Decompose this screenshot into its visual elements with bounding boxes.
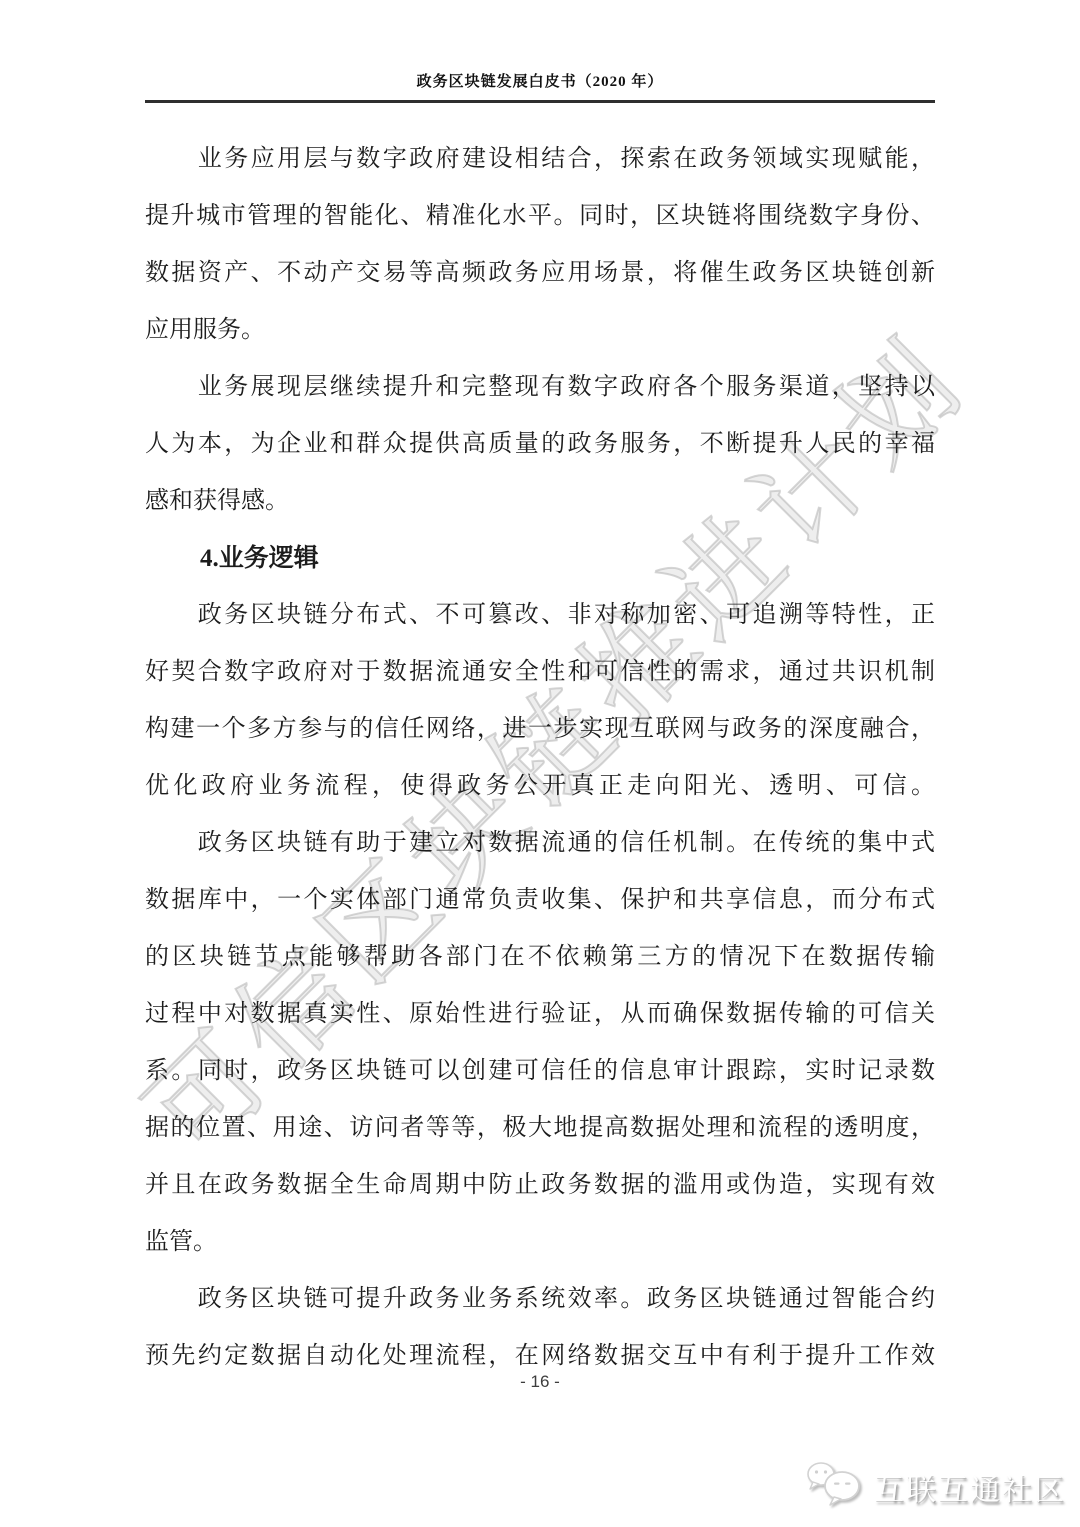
document-page: 可信区块链推进计划 政务区块链发展白皮书（2020 年） 业务应用层与数字政府建… [0, 0, 1080, 1527]
text-line: 数据资产、不动产交易等高频政务应用场景，将催生政务区块链创新 [145, 245, 935, 302]
section-heading: 4.业务逻辑 [145, 530, 935, 587]
text-line: 人为本，为企业和群众提供高质量的政务服务，不断提升人民的幸福 [145, 416, 935, 473]
document-title: 政务区块链发展白皮书（2020 年） [0, 70, 1080, 91]
text-line: 优化政府业务流程，使得政务公开真正走向阳光、透明、可信。 [145, 758, 935, 815]
text-line: 并且在政务数据全生命周期中防止政务数据的滥用或伪造，实现有效 [145, 1157, 935, 1214]
community-logo: 互联互通社区 [804, 1460, 1066, 1513]
text-line: 系。同时，政务区块链可以创建可信任的信息审计跟踪，实时记录数 [145, 1043, 935, 1100]
text-line: 监管。 [145, 1214, 935, 1271]
text-line: 构建一个多方参与的信任网络，进一步实现互联网与政务的深度融合， [145, 701, 935, 758]
wechat-icon [804, 1460, 866, 1513]
text-line: 政务区块链分布式、不可篡改、非对称加密、可追溯等特性，正 [145, 587, 935, 644]
text-line: 政务区块链有助于建立对数据流通的信任机制。在传统的集中式 [145, 815, 935, 872]
text-line: 业务应用层与数字政府建设相结合，探索在政务领域实现赋能， [145, 131, 935, 188]
text-line: 应用服务。 [145, 302, 935, 359]
text-line: 的区块链节点能够帮助各部门在不依赖第三方的情况下在数据传输 [145, 929, 935, 986]
text-line: 好契合数字政府对于数据流通安全性和可信性的需求，通过共识机制 [145, 644, 935, 701]
text-line: 4.业务逻辑 [145, 530, 935, 587]
text-line: 过程中对数据真实性、原始性进行验证，从而确保数据传输的可信关 [145, 986, 935, 1043]
community-logo-text: 互联互通社区 [874, 1465, 1066, 1509]
document-body: 业务应用层与数字政府建设相结合，探索在政务领域实现赋能，提升城市管理的智能化、精… [145, 131, 935, 1385]
text-line: 提升城市管理的智能化、精准化水平。同时，区块链将围绕数字身份、 [145, 188, 935, 245]
header-divider [145, 100, 935, 103]
page-header: 政务区块链发展白皮书（2020 年） [0, 70, 1080, 103]
paragraph: 政务区块链有助于建立对数据流通的信任机制。在传统的集中式数据库中，一个实体部门通… [145, 815, 935, 1271]
text-line: 政务区块链可提升政务业务系统效率。政务区块链通过智能合约 [145, 1271, 935, 1328]
text-line: 数据库中，一个实体部门通常负责收集、保护和共享信息，而分布式 [145, 872, 935, 929]
paragraph: 政务区块链可提升政务业务系统效率。政务区块链通过智能合约预先约定数据自动化处理流… [145, 1271, 935, 1385]
text-line: 感和获得感。 [145, 473, 935, 530]
page-number: - 16 - [0, 1372, 1080, 1392]
text-line: 业务展现层继续提升和完整现有数字政府各个服务渠道，坚持以 [145, 359, 935, 416]
text-line: 据的位置、用途、访问者等等，极大地提高数据处理和流程的透明度， [145, 1100, 935, 1157]
paragraph: 业务应用层与数字政府建设相结合，探索在政务领域实现赋能，提升城市管理的智能化、精… [145, 131, 935, 359]
paragraph: 政务区块链分布式、不可篡改、非对称加密、可追溯等特性，正好契合数字政府对于数据流… [145, 587, 935, 815]
paragraph: 业务展现层继续提升和完整现有数字政府各个服务渠道，坚持以人为本，为企业和群众提供… [145, 359, 935, 530]
